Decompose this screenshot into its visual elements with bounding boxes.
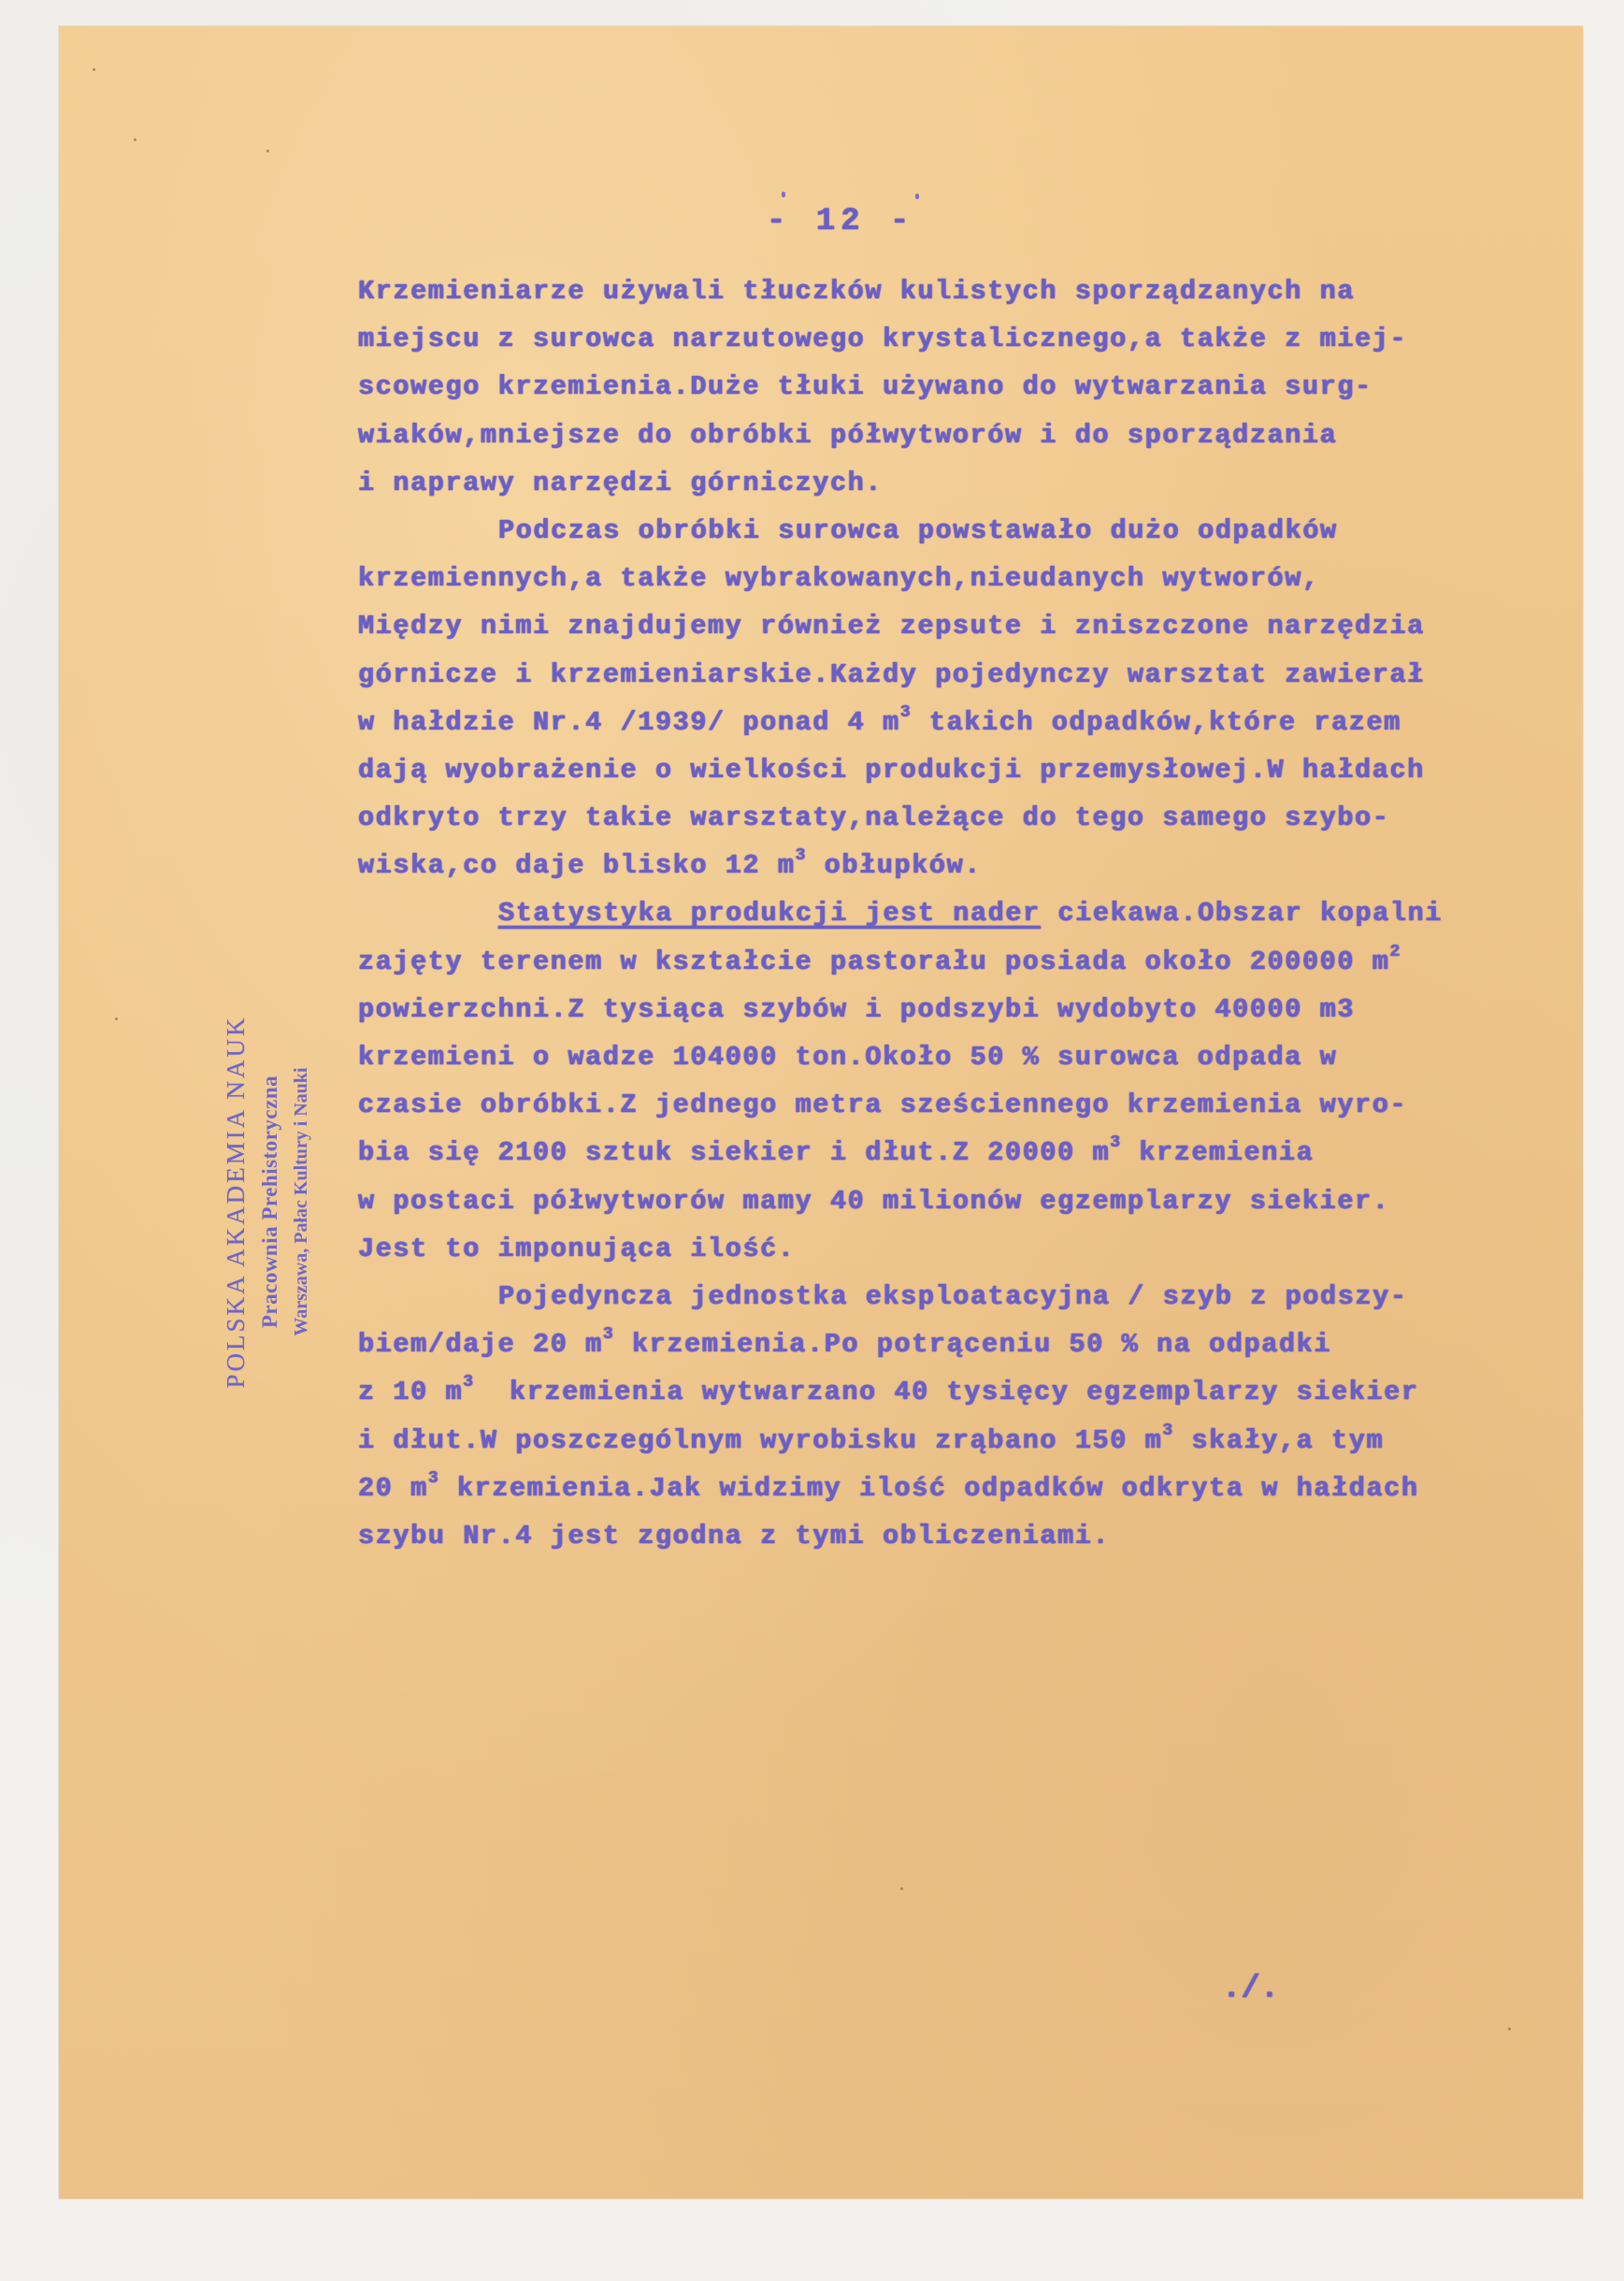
text-line: scowego krzemienia.Duże tłuki używano do…	[358, 363, 1574, 411]
text-line: powierzchni.Z tysiąca szybów i podszybi …	[358, 986, 1574, 1033]
line-text: i dłut.W poszczególnym wyrobisku zrąbano…	[358, 1425, 1162, 1456]
superscript: 3	[1162, 1422, 1173, 1440]
text-line: wiaków,mniejsze do obróbki półwytworów i…	[358, 411, 1574, 459]
paragraph-start-line: Podczas obróbki surowca powstawało dużo …	[358, 507, 1574, 555]
line-text: z 10 m	[358, 1377, 463, 1408]
continuation-mark: ./.	[1222, 1971, 1279, 2007]
text-line: dają wyobrażenie o wielkości produkcji p…	[358, 746, 1574, 794]
line-text: w postaci półwytworów mamy 40 milionów e…	[358, 1186, 1389, 1217]
stamp-institution-name: POLSKA AKADEMIA NAUK	[217, 991, 254, 1412]
text-line: czasie obróbki.Z jednego metra sześcienn…	[358, 1081, 1574, 1129]
text-line: w postaci półwytworów mamy 40 milionów e…	[358, 1177, 1574, 1225]
page-number: - 12 -	[767, 204, 914, 239]
text-line: bia się 2100 sztuk siekier i dłut.Z 2000…	[358, 1129, 1574, 1177]
ink-mark	[915, 194, 919, 199]
line-text: krzemieni o wadze 104000 ton.Około 50 % …	[358, 1042, 1337, 1073]
text-line: miejscu z surowca narzutowego krystalicz…	[358, 315, 1574, 363]
line-text: wiska,co daje blisko 12 m	[358, 850, 796, 881]
text-line: górnicze i krzemieniarskie.Każdy pojedyn…	[358, 651, 1574, 699]
line-text: Jest to imponująca ilość.	[358, 1234, 796, 1264]
line-text: miejscu z surowca narzutowego krystalicz…	[358, 324, 1407, 354]
typescript-body: Krzemieniarze używali tłuczków kulistych…	[358, 267, 1574, 1560]
underlined-heading: Statystyka produkcji jest nader	[498, 898, 1041, 929]
line-text: czasie obróbki.Z jednego metra sześcienn…	[358, 1090, 1407, 1120]
line-text: takich odpadków,które razem	[912, 707, 1401, 738]
line-text: 20 m	[358, 1473, 428, 1504]
paper-speck	[93, 68, 95, 71]
text-line: krzemieni o wadze 104000 ton.Około 50 % …	[358, 1033, 1574, 1081]
line-text: bia się 2100 sztuk siekier i dłut.Z 2000…	[358, 1137, 1110, 1168]
paper-speck	[115, 1018, 118, 1020]
text-line: krzemiennych,a także wybrakowanych,nieud…	[358, 555, 1574, 602]
line-text: Podczas obróbki surowca powstawało dużo …	[498, 515, 1338, 546]
superscript: 3	[900, 703, 912, 722]
stamp-department: Pracownia Prehistoryczna	[254, 991, 286, 1412]
line-text: zajęty terenem w kształcie pastorału pos…	[358, 946, 1389, 977]
paper-speck	[1508, 2028, 1511, 2030]
text-line: wiska,co daje blisko 12 m3 obłupków.	[358, 842, 1574, 889]
text-line: w hałdzie Nr.4 /1939/ ponad 4 m3 takich …	[358, 699, 1574, 746]
line-text: powierzchni.Z tysiąca szybów i podszybi …	[358, 994, 1355, 1025]
line-text: w hałdzie Nr.4 /1939/ ponad 4 m	[358, 707, 900, 738]
ink-mark	[782, 192, 785, 197]
line-text: krzemienia.Jak widzimy ilość odpadków od…	[439, 1473, 1418, 1504]
line-text: scowego krzemienia.Duże tłuki używano do…	[358, 371, 1372, 402]
text-line: biem/daje 20 m3 krzemienia.Po potrąceniu…	[358, 1321, 1574, 1368]
line-text: krzemienia.Po potrąceniu 50 % na odpadki	[614, 1329, 1331, 1360]
paper-speck	[266, 150, 269, 152]
line-text: dają wyobrażenie o wielkości produkcji p…	[358, 755, 1425, 786]
line-text: krzemienia wytwarzano 40 tysięcy egzempl…	[475, 1377, 1419, 1408]
text-line: zajęty terenem w kształcie pastorału pos…	[358, 938, 1574, 986]
superscript: 2	[1389, 943, 1401, 961]
text-line: 20 m3 krzemienia.Jak widzimy ilość odpad…	[358, 1465, 1574, 1512]
paragraph-start-line: Pojedyncza jednostka eksploatacyjna / sz…	[358, 1273, 1574, 1321]
superscript: 3	[428, 1469, 439, 1488]
line-text: górnicze i krzemieniarskie.Każdy pojedyn…	[358, 659, 1425, 690]
line-text: skały,a tym	[1174, 1425, 1384, 1456]
text-line: Krzemieniarze używali tłuczków kulistych…	[358, 267, 1574, 315]
superscript: 3	[1110, 1133, 1121, 1152]
paper-speck	[134, 138, 137, 141]
line-text: biem/daje 20 m	[358, 1329, 603, 1360]
superscript: 3	[463, 1373, 474, 1392]
line-text: krzemiennych,a także wybrakowanych,nieud…	[358, 563, 1320, 594]
text-line: i dłut.W poszczególnym wyrobisku zrąbano…	[358, 1417, 1574, 1465]
stamp-address: Warszawa, Pałac Kultury i Nauki	[286, 991, 316, 1412]
text-line: Między nimi znajdujemy również zepsute i…	[358, 602, 1574, 650]
superscript: 3	[603, 1325, 614, 1344]
line-text: odkryto trzy takie warsztaty,należące do…	[358, 802, 1389, 833]
line-text: Między nimi znajdujemy również zepsute i…	[358, 611, 1425, 642]
text-line: i naprawy narzędzi górniczych.	[358, 459, 1574, 507]
line-text: ciekawa.Obszar kopalni	[1041, 898, 1443, 929]
text-line: Jest to imponująca ilość.	[358, 1225, 1574, 1273]
paper-speck	[900, 1887, 903, 1890]
line-text: wiaków,mniejsze do obróbki półwytworów i…	[358, 420, 1337, 451]
line-text: szybu Nr.4 jest zgodna z tymi obliczenia…	[358, 1521, 1110, 1552]
superscript: 3	[796, 846, 807, 865]
line-text: Pojedyncza jednostka eksploatacyjna / sz…	[498, 1281, 1408, 1312]
text-line: odkryto trzy takie warsztaty,należące do…	[358, 794, 1574, 842]
line-text: i naprawy narzędzi górniczych.	[358, 468, 883, 498]
paragraph-start-line: Statystyka produkcji jest nader ciekawa.…	[358, 889, 1574, 937]
institution-stamp: POLSKA AKADEMIA NAUK Pracownia Prehistor…	[217, 991, 338, 1412]
line-text: obłupków.	[807, 850, 982, 881]
line-text: Krzemieniarze używali tłuczków kulistych…	[358, 276, 1355, 307]
text-line: szybu Nr.4 jest zgodna z tymi obliczenia…	[358, 1512, 1574, 1560]
line-text: krzemienia	[1122, 1137, 1315, 1168]
text-line: z 10 m3 krzemienia wytwarzano 40 tysięcy…	[358, 1368, 1574, 1416]
